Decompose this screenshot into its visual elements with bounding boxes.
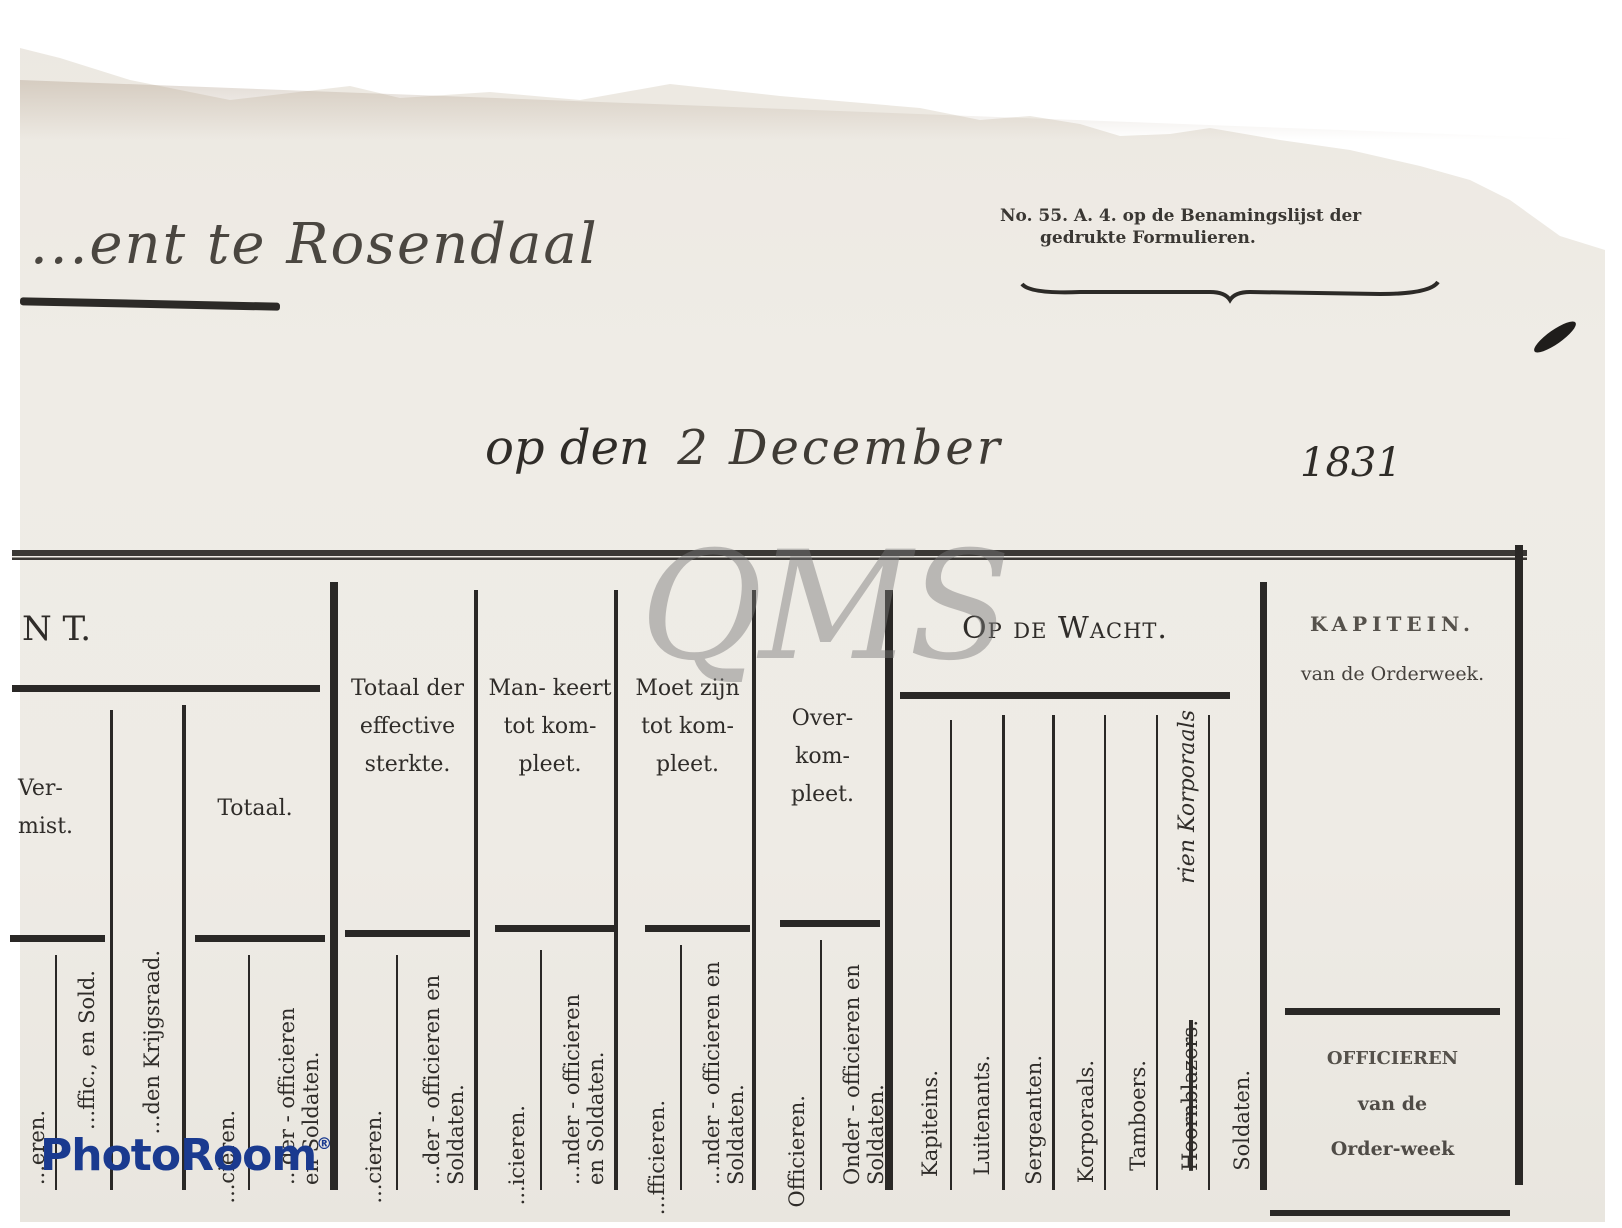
officers-sub1: van de — [1285, 1085, 1500, 1123]
officers-sub2: Order-week — [1285, 1130, 1500, 1168]
col-divider-thick — [1260, 582, 1267, 1190]
year: 1831 — [1300, 440, 1402, 486]
captain-header: KAPITEIN. — [1275, 605, 1510, 643]
handwritten-place: ...ent te Rosendaal — [30, 212, 599, 277]
sub-header: ...ffic., en Sold. — [75, 970, 99, 1130]
officers-header: OFFICIEREN — [1285, 1040, 1500, 1078]
sub-rule — [780, 920, 880, 927]
sub-rule — [345, 930, 470, 937]
col-divider-thick — [330, 582, 338, 1190]
col-divider — [614, 590, 618, 1190]
date-line: op den 2 December — [485, 420, 1003, 476]
sub-header: Onder - officieren en Soldaten. — [840, 955, 890, 1185]
sub-header: ...cieren. — [362, 1110, 386, 1204]
sub-rule — [10, 935, 105, 942]
torn-edge-shadow — [20, 80, 1605, 140]
sub-divider — [1104, 715, 1106, 1190]
guard-luitenants: Luitenants. — [970, 1055, 994, 1176]
left-group-header: N T. — [22, 610, 91, 648]
guard-kapiteins: Kapiteins. — [918, 1070, 942, 1177]
sub-header: ...nder - officieren en Soldaten. — [700, 960, 750, 1185]
col-overkompleet-header: Over- kom- pleet. — [765, 700, 880, 814]
sub-rule — [495, 925, 615, 932]
sub-divider — [1156, 715, 1158, 1190]
photoroom-text: PhotoRoom — [40, 1130, 316, 1181]
form-number: No. 55. A. 4. op de Benamingslijst der g… — [1000, 205, 1470, 249]
registered-mark: ® — [316, 1134, 331, 1153]
sub-header: ...icieren. — [505, 1105, 529, 1205]
date-prefix: op den — [485, 420, 650, 476]
sub-divider — [396, 955, 398, 1190]
sub-header: ...den Krijgsraad. — [140, 950, 164, 1134]
sub-header: ...der - officieren en Soldaten. — [420, 970, 470, 1185]
sub-divider — [820, 940, 822, 1190]
date-handwritten: 2 December — [677, 420, 1003, 476]
guard-sergeanten: Sergeanten. — [1022, 1055, 1046, 1185]
sub-header: Officieren. — [785, 1095, 809, 1207]
photoroom-watermark: PhotoRoom® — [40, 1130, 331, 1181]
guard-hoornblazers: Hoornblazers. — [1178, 1020, 1202, 1171]
sub-header: ...nder - officieren en Soldaten. — [560, 965, 610, 1185]
sub-rule — [195, 935, 325, 942]
handwritten-note: rien Korporaals — [1176, 710, 1200, 884]
sub-header: ...fficieren. — [645, 1100, 669, 1215]
table-bottom-border — [1270, 1210, 1510, 1216]
captain-subheader: van de Orderweek. — [1275, 655, 1510, 693]
col-divider — [110, 710, 113, 1190]
sub-divider — [540, 950, 542, 1190]
guard-korporaals: Korporaals. — [1074, 1060, 1098, 1183]
sub-divider — [1208, 715, 1210, 1190]
sub-divider — [1052, 715, 1055, 1190]
guard-soldaten: Soldaten. — [1230, 1070, 1254, 1171]
col-effective-header: Totaal der effective sterkte. — [345, 670, 470, 784]
col-totaal-header: Totaal. — [200, 790, 310, 828]
col-vermist-header: Ver- mist. — [18, 770, 108, 846]
captain-rule — [1285, 1008, 1500, 1015]
form-number-line1: No. 55. A. 4. op de Benamingslijst der — [1000, 206, 1361, 226]
col-mankeert-header: Man- keert tot kom- pleet. — [485, 670, 615, 784]
sub-divider — [950, 720, 952, 1190]
sub-rule — [645, 925, 750, 932]
brace-decoration — [1020, 280, 1440, 304]
qms-watermark: QMS — [640, 520, 1007, 694]
col-divider — [182, 705, 186, 1190]
sub-divider — [680, 945, 682, 1190]
sub-divider — [1002, 715, 1005, 1190]
form-number-line2: gedrukte Formulieren. — [1000, 227, 1470, 249]
left-group-rule — [12, 685, 320, 692]
table-right-border — [1515, 545, 1523, 1185]
guard-tamboers: Tamboers. — [1126, 1060, 1150, 1171]
col-divider — [474, 590, 478, 1190]
